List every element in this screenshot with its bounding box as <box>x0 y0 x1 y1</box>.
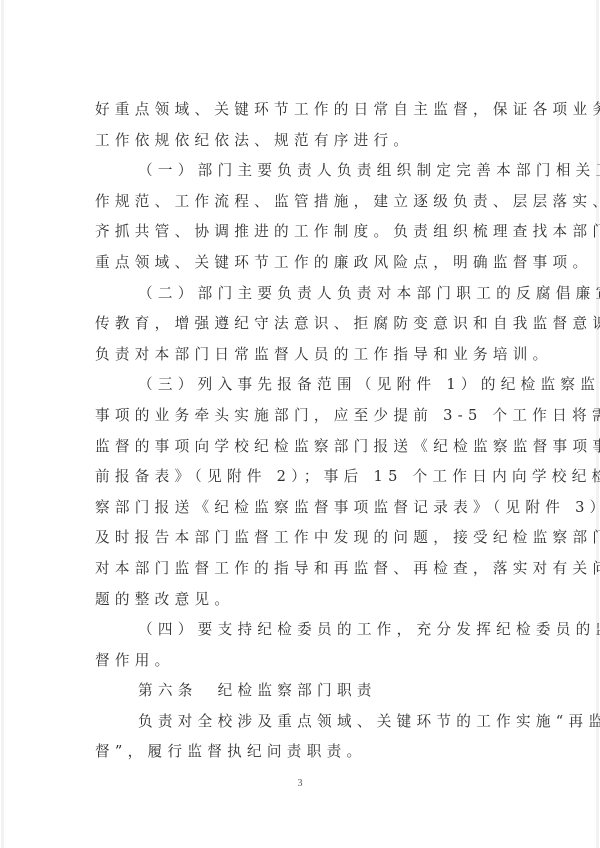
text-line: 监督的事项向学校纪检监察部门报送《纪检监察监督事项事 <box>95 432 495 463</box>
paragraph-two-heading: （二）部门主要负责人负责对本部门职工的反腐倡廉宣 <box>95 279 495 310</box>
text-line: 前报备表》（见附件 2）；事后 15 个工作日内向学校纪检监 <box>95 462 495 493</box>
page-number: 3 <box>0 778 600 789</box>
text-line: 及时报告本部门监督工作中发现的问题，接受纪检监察部门 <box>95 523 495 554</box>
text-line: 负责对全校涉及重点领域、关键环节的工作实施“再监 <box>95 707 495 738</box>
text-line: 传教育，增强遵纪守法意识、拒腐防变意识和自我监督意识。 <box>95 309 495 340</box>
document-body: 好重点领域、关键环节工作的日常自主监督，保证各项业务 工作依规依纪依法、规范有序… <box>95 95 495 768</box>
paragraph-four-heading: （四）要支持纪检委员的工作，充分发挥纪检委员的监 <box>95 615 495 646</box>
text-line: 重点领域、关键环节工作的廉政风险点，明确监督事项。 <box>95 248 495 279</box>
text-line: 对本部门监督工作的指导和再监督、再检查，落实对有关问 <box>95 554 495 585</box>
text-line: 题的整改意见。 <box>95 585 495 616</box>
scan-edge-left <box>1 0 4 848</box>
text-line: 负责对本部门日常监督人员的工作指导和业务培训。 <box>95 340 495 371</box>
paragraph-three-heading: （三）列入事先报备范围（见附件 1）的纪检监察监督 <box>95 370 495 401</box>
text-line: 察部门报送《纪检监察监督事项监督记录表》（见附件 3）， <box>95 493 495 524</box>
text-line: 督”，履行监督执纪问责职责。 <box>95 737 495 768</box>
text-line: 工作依规依纪依法、规范有序进行。 <box>95 126 495 157</box>
text-line: 齐抓共管、协调推进的工作制度。负责组织梳理查找本部门 <box>95 217 495 248</box>
article-six-heading: 第六条 纪检监察部门职责 <box>95 676 495 707</box>
text-line: 作规范、工作流程、监管措施，建立逐级负责、层层落实、 <box>95 187 495 218</box>
text-line: 督作用。 <box>95 646 495 677</box>
text-line: 事项的业务牵头实施部门，应至少提前 3-5 个工作日将需要 <box>95 401 495 432</box>
paragraph-one-heading: （一）部门主要负责人负责组织制定完善本部门相关工 <box>95 156 495 187</box>
text-line: 好重点领域、关键环节工作的日常自主监督，保证各项业务 <box>95 95 495 126</box>
